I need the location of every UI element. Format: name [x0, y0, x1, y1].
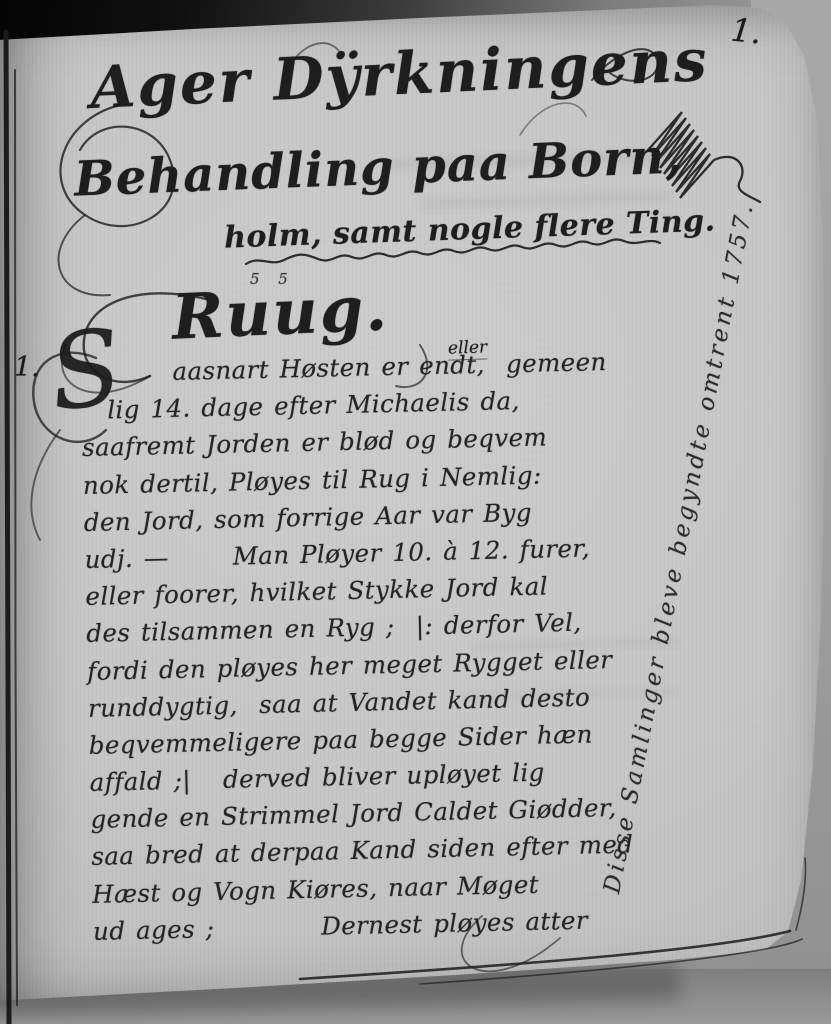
page-number: 1.: [729, 11, 763, 52]
insertion-word: eller: [448, 337, 488, 360]
manuscript-line: nok dertil, Pløyes til Rug i Nemlig:: [83, 453, 674, 504]
margin-note-1757: Disse Samlinger bleve begyndte omtrent 1…: [599, 200, 759, 896]
ink-showthrough: [390, 151, 680, 169]
manuscript-line: Hæst og Vogn Kiøres, naar Møget: [92, 862, 683, 913]
drop-cap-initial: S: [44, 314, 127, 426]
ink-showthrough: [460, 687, 680, 702]
manuscript-line: den Jord, som forrige Aar var Byg: [83, 490, 674, 541]
paragraph-number: 1.: [14, 352, 40, 383]
manuscript-line: ud ages ; Dernest pløyes atter: [93, 899, 684, 950]
flourish-note: 5 5: [250, 270, 295, 288]
title-line-1: Ager Dÿrkningens: [89, 26, 710, 122]
manuscript-line: lig 14. dage efter Michaelis da,: [81, 379, 672, 430]
manuscript-line: beqvemmeligere paa begge Sider hæn: [88, 713, 679, 764]
manuscript-line: aasnart Høsten er endt, gemeen: [80, 342, 671, 393]
manuscript-page: 1. Ager Dÿrkningens Behandling paa Born,…: [0, 0, 831, 1024]
body-text: aasnart Høsten er endt, gemeen lig 14. d…: [80, 342, 683, 950]
manuscript-line: affald ;| derved bliver upløyet lig: [89, 751, 680, 802]
manuscript-line: saafremt Jorden er blød og beqvem: [82, 416, 673, 467]
title-line-2: Behandling paa Born,: [73, 128, 684, 207]
manuscript-line: eller foorer, hvilket Stykke Jord kal: [85, 565, 676, 616]
manuscript-line: fordi den pløyes her meget Rygget eller: [87, 639, 678, 690]
section-heading-rye: Ruug.: [171, 271, 391, 353]
manuscript-line: runddygtig, saa at Vandet kand desto: [88, 676, 679, 727]
ink-showthrough: [420, 193, 670, 209]
ink-showthrough: [470, 637, 680, 652]
manuscript-line: saa bred at derpaa Kand siden efter med: [91, 825, 682, 876]
manuscript-line: udj. — Man Pløyer 10. à 12. furer,: [84, 528, 675, 579]
manuscript-photo: 1. Ager Dÿrkningens Behandling paa Born,…: [0, 0, 831, 1024]
manuscript-line: des tilsammen en Ryg ; |: derfor Vel,: [86, 602, 677, 653]
manuscript-line: gende en Strimmel Jord Caldet Giødder,: [90, 788, 681, 839]
title-line-3: holm, samt nogle flere Ting.: [224, 203, 717, 255]
